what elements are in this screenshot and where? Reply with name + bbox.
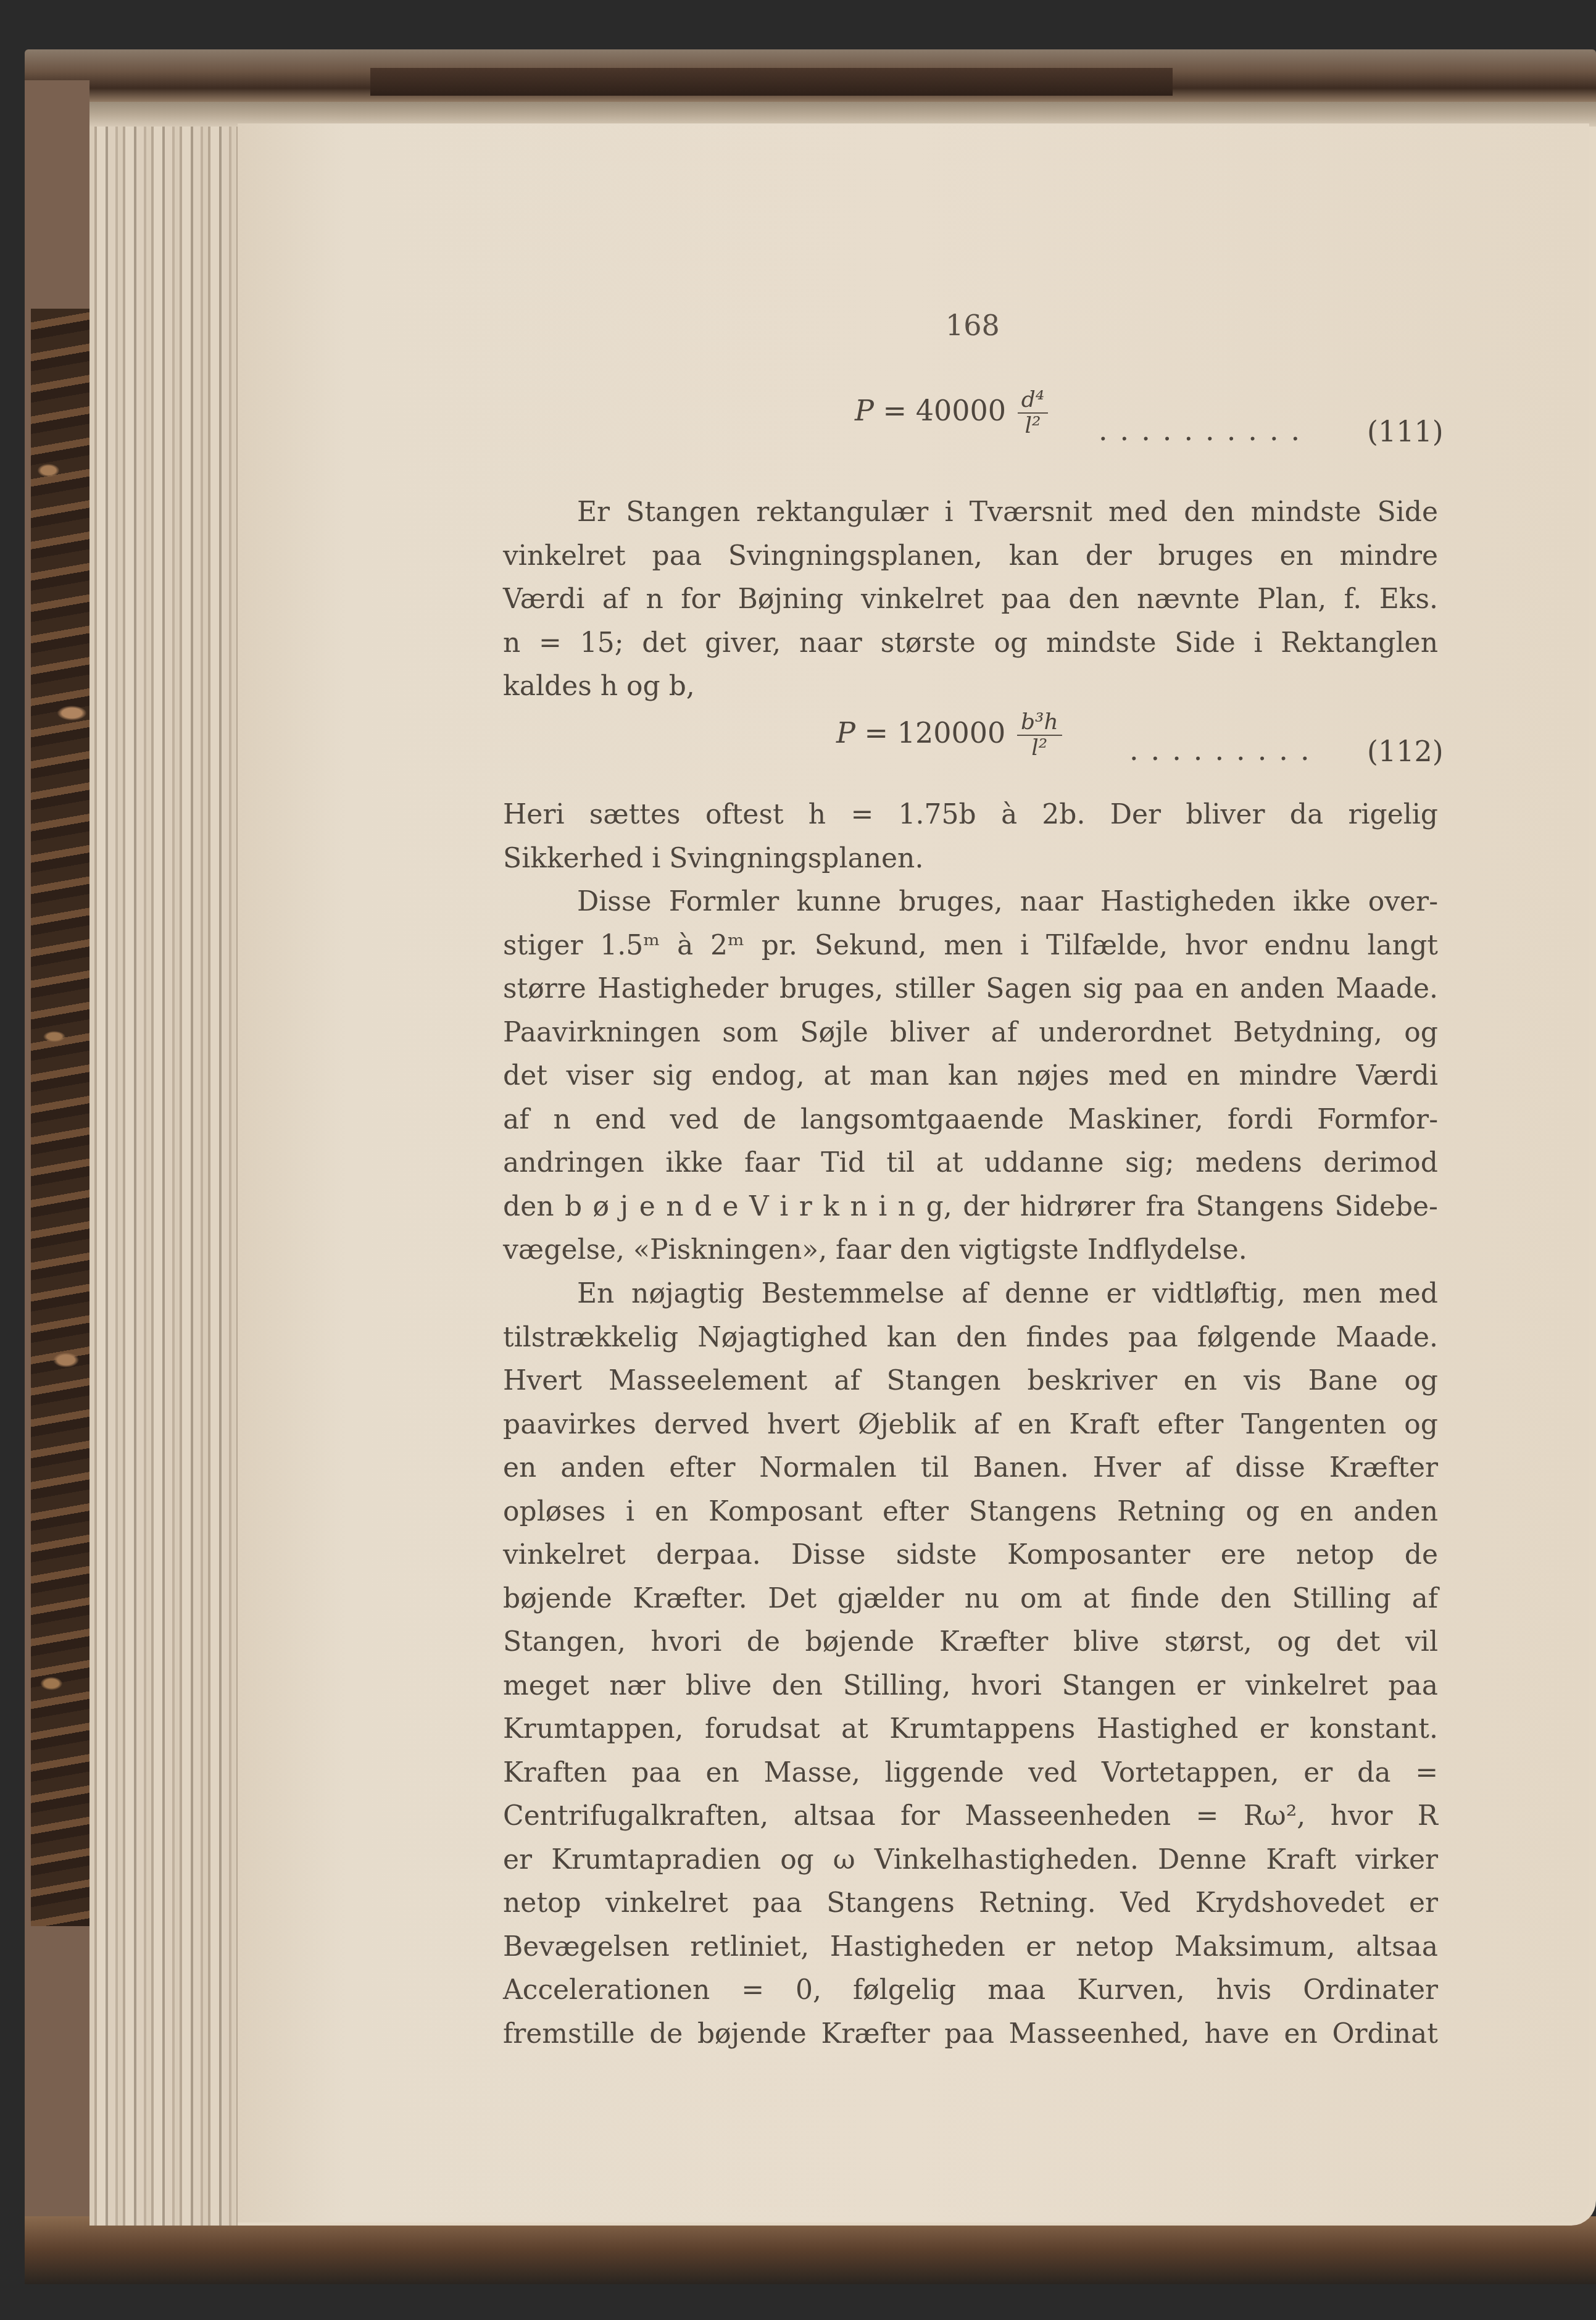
book-spine-band [370,68,1173,96]
text-line: vinkelret paa Svingningsplanen, kan der … [503,535,1438,578]
eq-112-leader-dots: ......... [1129,733,1322,767]
eq-lhs: P [855,394,874,427]
page-edges [89,102,238,2226]
text-line: Disse Formler kunne bruges, naar Hastigh… [503,880,1438,924]
text-line: Er Stangen rektangulær i Tværsnit med de… [503,491,1438,535]
text-line: bøjende Kræfter. Det gjælder nu om at fi… [503,1577,1438,1621]
text-line: Heri sættes oftest h = 1.75b à 2b. Der b… [503,793,1438,837]
paragraph-3: Disse Formler kunne bruges, naar Hastigh… [503,880,1438,1272]
text-line: af n end ved de langsomtgaaende Maskiner… [503,1098,1438,1142]
text-line: Kraften paa en Masse, liggende ved Vorte… [503,1751,1438,1795]
text-line: meget nær blive den Stilling, hvori Stan… [503,1664,1438,1708]
eq-fraction: d⁴ l² [1018,388,1048,438]
text-line: Centrifugalkraften, altsaa for Masseenhe… [503,1795,1438,1838]
text-line: fremstille de bøjende Kræfter paa Massee… [503,2013,1438,2056]
page-top-edge [89,102,1596,127]
text-line: netop vinkelret paa Stangens Retning. Ve… [503,1882,1438,1926]
book-cover-bottom [25,2216,1596,2284]
eq-lhs: P [836,716,855,749]
paragraph-4: En nøjagtig Bestemmelse af denne er vidt… [503,1272,1438,2056]
text-line: Krumtappen, forudsat at Krumtappens Hast… [503,1708,1438,1751]
text-line: er Krumtapradien og ω Vinkelhastigheden.… [503,1838,1438,1882]
equation-111: P = 40000 d⁴ l² [855,388,1050,438]
text-line: det viser sig endog, at man kan nøjes me… [503,1054,1438,1098]
text-line: større Hastigheder bruges, stiller Sagen… [503,967,1438,1011]
eq-denominator: l² [1017,736,1062,761]
eq-equals: = [865,716,889,749]
text-line: Paavirkningen som Søjle bliver af undero… [503,1011,1438,1055]
eq-denominator: l² [1018,414,1048,438]
text-line: en anden efter Normalen til Banen. Hver … [503,1446,1438,1490]
eq-coefficient: 40000 [916,394,1006,427]
text-line: En nøjagtig Bestemmelse af denne er vidt… [503,1272,1438,1316]
text-line: Bevægelsen retliniet, Hastigheden er net… [503,1926,1438,1969]
eq-numerator: d⁴ [1018,388,1048,414]
marbled-cover [31,309,89,1926]
eq-equals: = [883,394,907,427]
text-line: Stangen, hvori de bøjende Kræfter blive … [503,1621,1438,1664]
text-line: Accelerationen = 0, følgelig maa Kurven,… [503,1969,1438,2013]
eq-numerator: b³h [1017,710,1062,736]
text-line: vinkelret derpaa. Disse sidste Komposant… [503,1533,1438,1577]
text-line: vægelse, «Piskningen», faar den vigtigst… [503,1229,1438,1272]
page-number: 168 [946,309,1000,342]
text-line: paavirkes derved hvert Øjeblik af en Kra… [503,1403,1438,1447]
paragraph-2: Heri sættes oftest h = 1.75b à 2b. Der b… [503,793,1438,880]
text-line: andringen ikke faar Tid til at uddanne s… [503,1141,1438,1185]
eq-112-label: (112) [1367,735,1444,768]
eq-111-label: (111) [1367,415,1444,448]
text-line: opløses i en Komposant efter Stangens Re… [503,1490,1438,1534]
text-line: stiger 1.5ᵐ à 2ᵐ pr. Sekund, men i Tilfæ… [503,924,1438,968]
text-line: n = 15; det giver, naar største og minds… [503,622,1438,666]
eq-fraction: b³h l² [1017,710,1062,760]
text-line: tilstrækkelig Nøjagtighed kan den findes… [503,1316,1438,1360]
text-line: Hvert Masseelement af Stangen beskriver … [503,1359,1438,1403]
text-line: kaldes h og b, [503,665,1438,709]
equation-112: P = 120000 b³h l² [836,710,1065,760]
eq-coefficient: 120000 [897,716,1006,749]
text-line: den b ø j e n d e V i r k n i n g, der h… [503,1185,1438,1229]
eq-111-leader-dots: .......... [1099,414,1312,447]
text-line: Sikkerhed i Svingningsplanen. [503,837,1438,881]
paragraph-1: Er Stangen rektangulær i Tværsnit med de… [503,491,1438,709]
text-line: Værdi af n for Bøjning vinkelret paa den… [503,578,1438,622]
